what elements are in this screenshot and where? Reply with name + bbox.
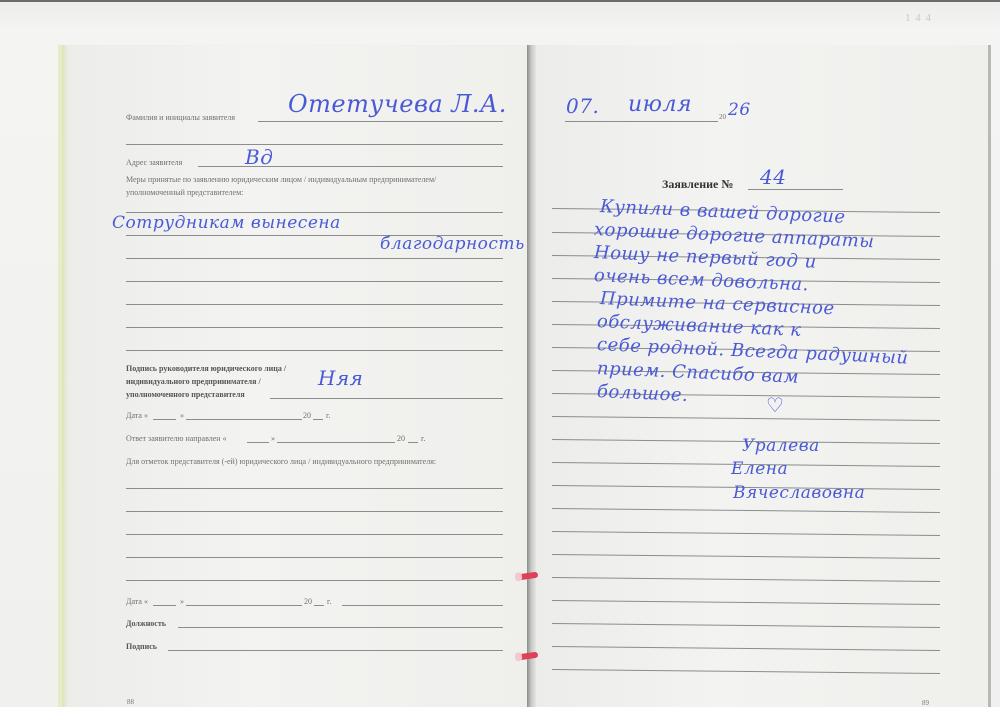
bottom-date-day-line (153, 605, 176, 606)
applicant-name-line (258, 121, 503, 122)
signature-label: Подпись (126, 642, 157, 651)
head-signature-label-line1: Подпись руководителя юридического лица / (126, 364, 286, 373)
statement-body-line: большое. (597, 381, 689, 406)
date-label: Дата « (126, 411, 148, 420)
bottom-date-quote-close: » (180, 597, 184, 606)
date-line (565, 121, 718, 122)
bottom-date-month-line (186, 605, 302, 606)
applicant-address-line (198, 166, 503, 167)
head-signature-value: Няя (318, 366, 363, 390)
notes-line (126, 488, 503, 489)
position-label: Должность (126, 619, 166, 628)
response-year-suffix: г. (421, 434, 425, 443)
response-month-line (277, 442, 395, 443)
measures-line (126, 304, 503, 305)
notes-line (126, 534, 503, 535)
left-page-number: 88 (127, 698, 134, 706)
notes-line (126, 511, 503, 512)
statement-title: Заявление № (662, 177, 733, 192)
statement-date-day: 07. (566, 94, 599, 118)
statement-number: 44 (760, 165, 786, 189)
bottom-date-year-line (314, 605, 324, 606)
measures-line (126, 350, 503, 351)
statement-number-line (748, 189, 843, 190)
applicant-signature-line: Елена (731, 459, 788, 479)
notes-label: Для отметок представителя (-ей) юридичес… (126, 457, 436, 466)
statement-year-prefix: 20 (719, 113, 726, 121)
head-signature-label-line2: индивидуального предпринимателя / (126, 377, 261, 386)
response-year-prefix: 20 (397, 434, 405, 443)
measures-line (126, 327, 503, 328)
applicant-address-label: Адрес заявителя (126, 158, 182, 167)
measures-line (126, 281, 503, 282)
date-quote-close: » (180, 411, 184, 420)
measures-line (126, 258, 503, 259)
date-year-line (313, 419, 323, 420)
measures-label-line1: Меры принятые по заявлению юридическим л… (126, 175, 436, 184)
signature-line (168, 650, 503, 651)
response-quote-close: » (271, 434, 275, 443)
book-spine (527, 45, 536, 707)
date-day-line (153, 419, 176, 420)
date-year-prefix: 20 (303, 411, 311, 420)
applicant-name-value: Отетучева Л.А. (288, 90, 507, 118)
heart-icon: ♡ (766, 393, 784, 418)
measures-value-line1: Сотрудникам вынесена (112, 213, 341, 233)
right-page-number: 89 (922, 699, 929, 707)
notes-line (126, 580, 503, 581)
applicant-signature-line: Вячеславовна (733, 483, 865, 503)
measures-value-line2: благодарность (380, 234, 525, 254)
response-year-line (408, 442, 418, 443)
statement-date-month: июля (628, 92, 692, 117)
bottom-date-year-suffix: г. (327, 597, 331, 606)
blank-line (126, 144, 503, 145)
applicant-address-value: Вд (245, 145, 273, 169)
bottom-date-extra-line (342, 605, 503, 606)
statement-year-value: 26 (728, 100, 751, 120)
applicant-signature-line: Уралева (742, 436, 820, 456)
date-year-suffix: г. (326, 411, 330, 420)
date-month-line (186, 419, 302, 420)
scan-edge (0, 0, 1000, 2)
response-sent-label: Ответ заявителю направлен « (126, 434, 227, 443)
position-line (178, 627, 503, 628)
head-signature-line (270, 398, 503, 399)
notes-line (126, 557, 503, 558)
response-day-line (247, 442, 269, 443)
bottom-date-label: Дата « (126, 597, 148, 606)
measures-label-line2: уполномоченный представителем: (126, 188, 243, 197)
scan-corner-mark: 1 4 4 (905, 12, 932, 24)
head-signature-label-line3: уполномоченного представителя (126, 390, 245, 399)
bottom-date-year-prefix: 20 (304, 597, 312, 606)
applicant-name-label: Фамилия и инициалы заявителя (126, 113, 235, 122)
